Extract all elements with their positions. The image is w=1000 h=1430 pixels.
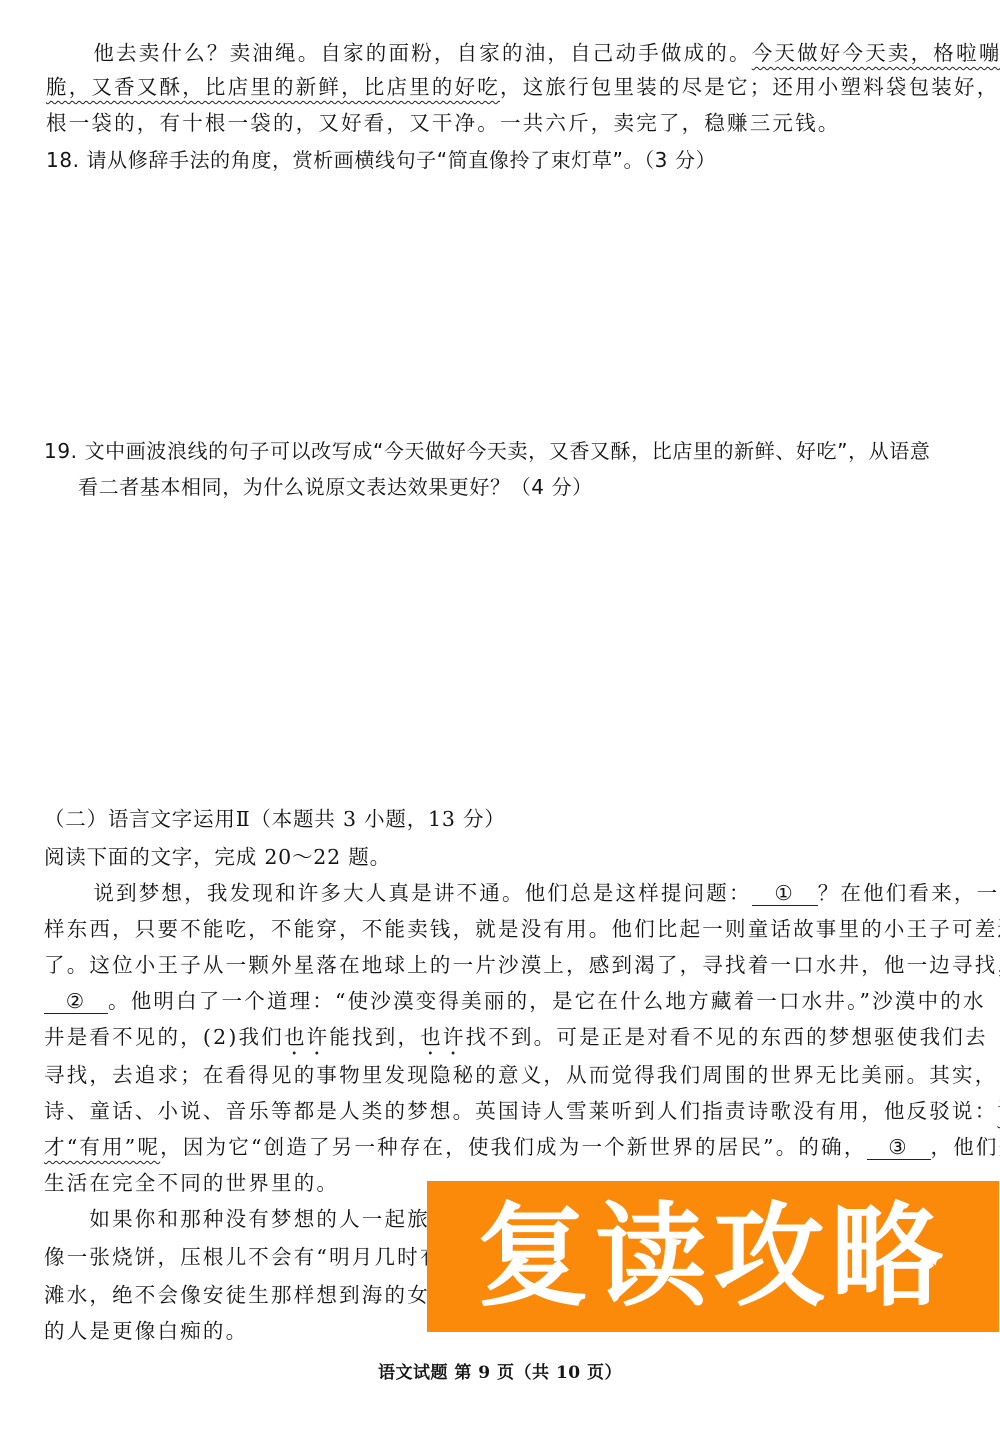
para1-line-2: 样东西，只要不能吃，不能穿，不能卖钱，就是没有用。他们比起一则童话故事里的小王子… [44,914,1000,944]
passage-text: ，因为它“创造了另一种存在，使我们成为一个新世界的居民”。的确， [160,1135,866,1159]
passage-text: 根一袋的，有十根一袋的，又好看，又干净。一共六斤，卖完了，稳赚三元钱。 [46,111,841,135]
watermark-text: 复读攻略 [477,1201,949,1313]
answer-area-18[interactable] [46,185,956,425]
answer-area-19[interactable] [46,510,956,800]
passage-line-1: 他去卖什么？卖油绳。自家的面粉，自家的油，自己动手做成的。今天做好今天卖，格啦嘣 [48,38,1000,68]
question-19-line-2: 看二者基本相同，为什么说原文表达效果更好？（4 分） [78,472,593,502]
passage-text: ？在他们看来，一 [818,881,1000,905]
watermark-banner: 复读攻略 [427,1181,999,1332]
question-text: 19. 文中画波浪线的句子可以改写成“今天做好今天卖，又香又酥，比店里的新鲜、好… [44,439,931,463]
passage-text: 样东西，只要不能吃，不能穿，不能卖钱，就是没有用。他们比起一则童话故事里的小王子… [44,917,1000,941]
section-heading: （二）语言文字运用Ⅱ（本题共 3 小题，13 分） [44,804,506,834]
passage-text: 。他明白了一个道理：“使沙漠变得美丽的，是它在什么地方藏着一口水井。”沙漠中的水 [108,989,986,1013]
passage-text: 诗、童话、小说、音乐等都是人类的梦想。英国诗人雪莱听到人们指责诗歌没有用，他反驳… [44,1099,997,1123]
passage-text: ，这旅行包里装的尽是它；还用小塑料袋包装好，有五 [500,75,1000,99]
section-title: （二）语言文字运用Ⅱ（本题共 3 小题，13 分） [44,807,506,831]
para1-line-1: 说到梦想，我发现和许多大人真是讲不通。他们总是这样提问题：①？在他们看来，一 [48,878,999,908]
passage-text: 了。这位小王子从一颗外星落在地球上的一片沙漠上，感到渴了，寻找着一口水井，他一边… [44,953,1000,977]
para2-line-3: 滩水，绝不会像安徒生那样想到海的女儿 [44,1280,453,1310]
wavy-underlined-text: 脆，又香又酥，比店里的新鲜，比店里的好吃 [46,75,500,99]
para1-line-5: 井是看不见的，(2)我们也许能找到，也许找不到。可是正是对看不见的东西的梦想驱使… [44,1022,988,1060]
exam-page: 他去卖什么？卖油绳。自家的面粉，自家的油，自己动手做成的。今天做好今天卖，格啦嘣… [0,0,1000,1430]
passage-text: 能找到， [329,1025,420,1049]
question-18: 18. 请从修辞手法的角度，赏析画横线句子“简直像拎了束灯草”。（3 分） [46,145,716,175]
question-text: 18. 请从修辞手法的角度，赏析画横线句子“简直像拎了束灯草”。（3 分） [46,148,716,172]
para1-line-9: 生活在完全不同的世界里的。 [44,1168,339,1198]
wavy-underlined-text: 才“有用”呢 [44,1135,160,1159]
para2-line-4: 的人是更像白痴的。 [44,1316,248,1346]
blank-3[interactable]: ③ [867,1135,931,1160]
passage-text: 他去卖什么？卖油绳。自家的面粉，自家的油，自己动手做成的。 [48,41,752,65]
page-number-text: 语文试题 第 9 页（共 10 页） [378,1363,622,1383]
passage-text: 像一张烧饼，压根儿不会有“明月几时有？ [44,1245,465,1269]
wavy-underlined-text: 今天做好今天卖，格啦嘣 [752,41,1000,65]
para1-line-7: 诗、童话、小说、音乐等都是人类的梦想。英国诗人雪莱听到人们指责诗歌没有用，他反驳… [44,1096,1000,1126]
question-text: 看二者基本相同，为什么说原文表达效果更好？（4 分） [78,475,593,499]
blank-1[interactable]: ① [752,881,818,906]
question-19-line-1: 19. 文中画波浪线的句子可以改写成“今天做好今天卖，又香又酥，比店里的新鲜、好… [44,436,931,466]
para2-line-1: 如果你和那种没有梦想的人一起旅行 [44,1204,453,1234]
para1-line-8: 才“有用”呢，因为它“创造了另一种存在，使我们成为一个新世界的居民”。的确，③，… [44,1132,1000,1162]
blank-2[interactable]: ② [44,989,108,1014]
passage-text: 说到梦想，我发现和许多大人真是讲不通。他们总是这样提问题： [48,881,752,905]
passage-text: 生活在完全不同的世界里的。 [44,1171,339,1195]
emphasis-dotted-text: 也许 [420,1025,465,1049]
passage-text: 寻找，去追求；在看得见的事物里发现隐秘的意义，从而觉得我们周围的世界无比美丽。其… [44,1063,997,1087]
emphasis-dotted-text: 也许 [284,1025,329,1049]
para2-line-2: 像一张烧饼，压根儿不会有“明月几时有？ [44,1242,465,1272]
passage-line-2: 脆，又香又酥，比店里的新鲜，比店里的好吃，这旅行包里装的尽是它；还用小塑料袋包装… [46,72,1000,102]
para1-line-6: 寻找，去追求；在看得见的事物里发现隐秘的意义，从而觉得我们周围的世界无比美丽。其… [44,1060,997,1090]
passage-text: 找不到。可是正是对看不见的东西的梦想驱使我们去 [466,1025,988,1049]
passage-line-3: 根一袋的，有十根一袋的，又好看，又干净。一共六斤，卖完了，稳赚三元钱。 [46,108,841,138]
instruction-text: 阅读下面的文字，完成 20～22 题。 [44,845,391,869]
passage-text: 滩水，绝不会像安徒生那样想到海的女儿 [44,1283,453,1307]
passage-text: 如果你和那种没有梦想的人一起旅行 [44,1207,453,1231]
page-footer: 语文试题 第 9 页（共 10 页） [0,1358,1000,1383]
section-instruction: 阅读下面的文字，完成 20～22 题。 [44,842,391,872]
passage-text: 井是看不见的，(2)我们 [44,1025,284,1049]
passage-text: ，他们是 [931,1135,1000,1159]
passage-text: 的人是更像白痴的。 [44,1319,248,1343]
para1-line-4: ②。他明白了一个道理：“使沙漠变得美丽的，是它在什么地方藏着一口水井。”沙漠中的… [44,986,986,1016]
para1-line-3: 了。这位小王子从一颗外星落在地球上的一片沙漠上，感到渴了，寻找着一口水井，他一边… [44,950,1000,980]
